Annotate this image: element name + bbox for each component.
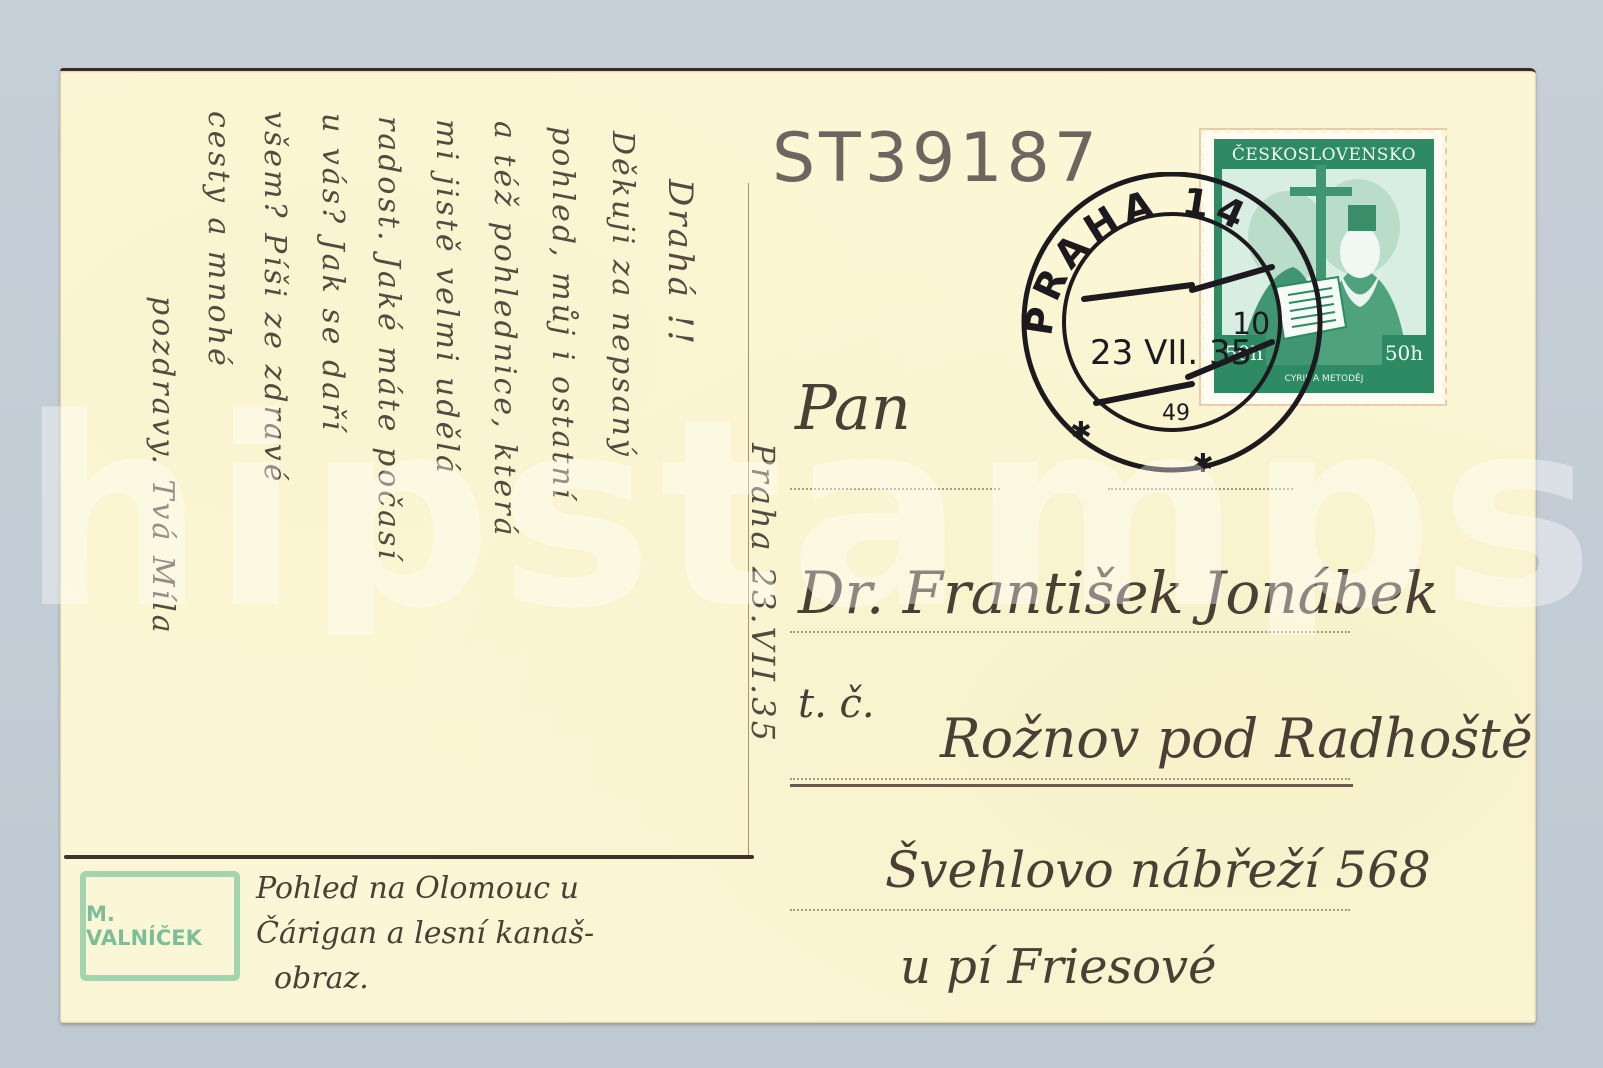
address-line-4 <box>790 909 1350 911</box>
message-line: všem? Píši ze zdravé <box>257 111 292 485</box>
message-greeting: Drahá !! <box>660 179 700 347</box>
footnote-line: Čárigan a lesní kanaš- <box>256 916 594 951</box>
address-salutation: Pan <box>795 371 911 444</box>
message-line: radost. Jaké máte počasí <box>371 116 406 562</box>
center-divider <box>748 183 749 858</box>
postmark-time: 10 <box>1232 307 1270 342</box>
star-icon: ✱ <box>1070 417 1092 447</box>
stamp-value-right: 50h <box>1385 341 1423 365</box>
address-name: Dr. František Jonábek <box>798 559 1439 627</box>
footnote-divider <box>64 855 754 859</box>
address-line-3 <box>790 778 1350 780</box>
address-city-prefix: t. č. <box>798 681 875 727</box>
message-line: pozdravy. Tvá Míla <box>145 296 180 636</box>
footnote-line: Pohled na Olomouc u <box>256 871 579 906</box>
address-care-of: u pí Friesové <box>900 939 1217 995</box>
message-line: Děkuji za nepsaný <box>605 131 640 459</box>
message-line: mi jistě velmi udělá <box>429 119 464 476</box>
sender-rubber-stamp: M. VALNÍČEK <box>80 871 240 981</box>
place-date: Praha 23.VII.35 <box>744 443 782 744</box>
address-line-2 <box>790 631 1350 633</box>
address-city: Rožnov pod Radhoštěm <box>940 707 1536 770</box>
city-underline <box>790 784 1353 787</box>
postmark-code: 49 <box>1162 401 1190 426</box>
postmark-date: 23 VII. 35 <box>1090 333 1252 373</box>
stamp-country: ČESKOSLOVENSKO <box>1232 144 1416 165</box>
footnote-line: obraz. <box>274 961 369 996</box>
postmark-city: PRAHA 14 <box>1016 179 1257 338</box>
message-line: a též pohlednice, která <box>487 121 522 538</box>
address-street: Švehlovo nábřeží 568 <box>885 841 1431 899</box>
message-line: pohled, můj i ostatní <box>545 126 580 501</box>
message-line: cesty a mnohé <box>201 111 236 369</box>
address-line-1 <box>790 488 1000 490</box>
svg-text:PRAHA 14: PRAHA 14 <box>1016 179 1257 338</box>
star-icon: ✱ <box>1192 449 1214 479</box>
postmark-cancel: PRAHA 14 23 VII. 35 10 49 ✱ ✱ <box>1012 172 1342 496</box>
message-line: u vás? Jak se daří <box>315 113 350 433</box>
